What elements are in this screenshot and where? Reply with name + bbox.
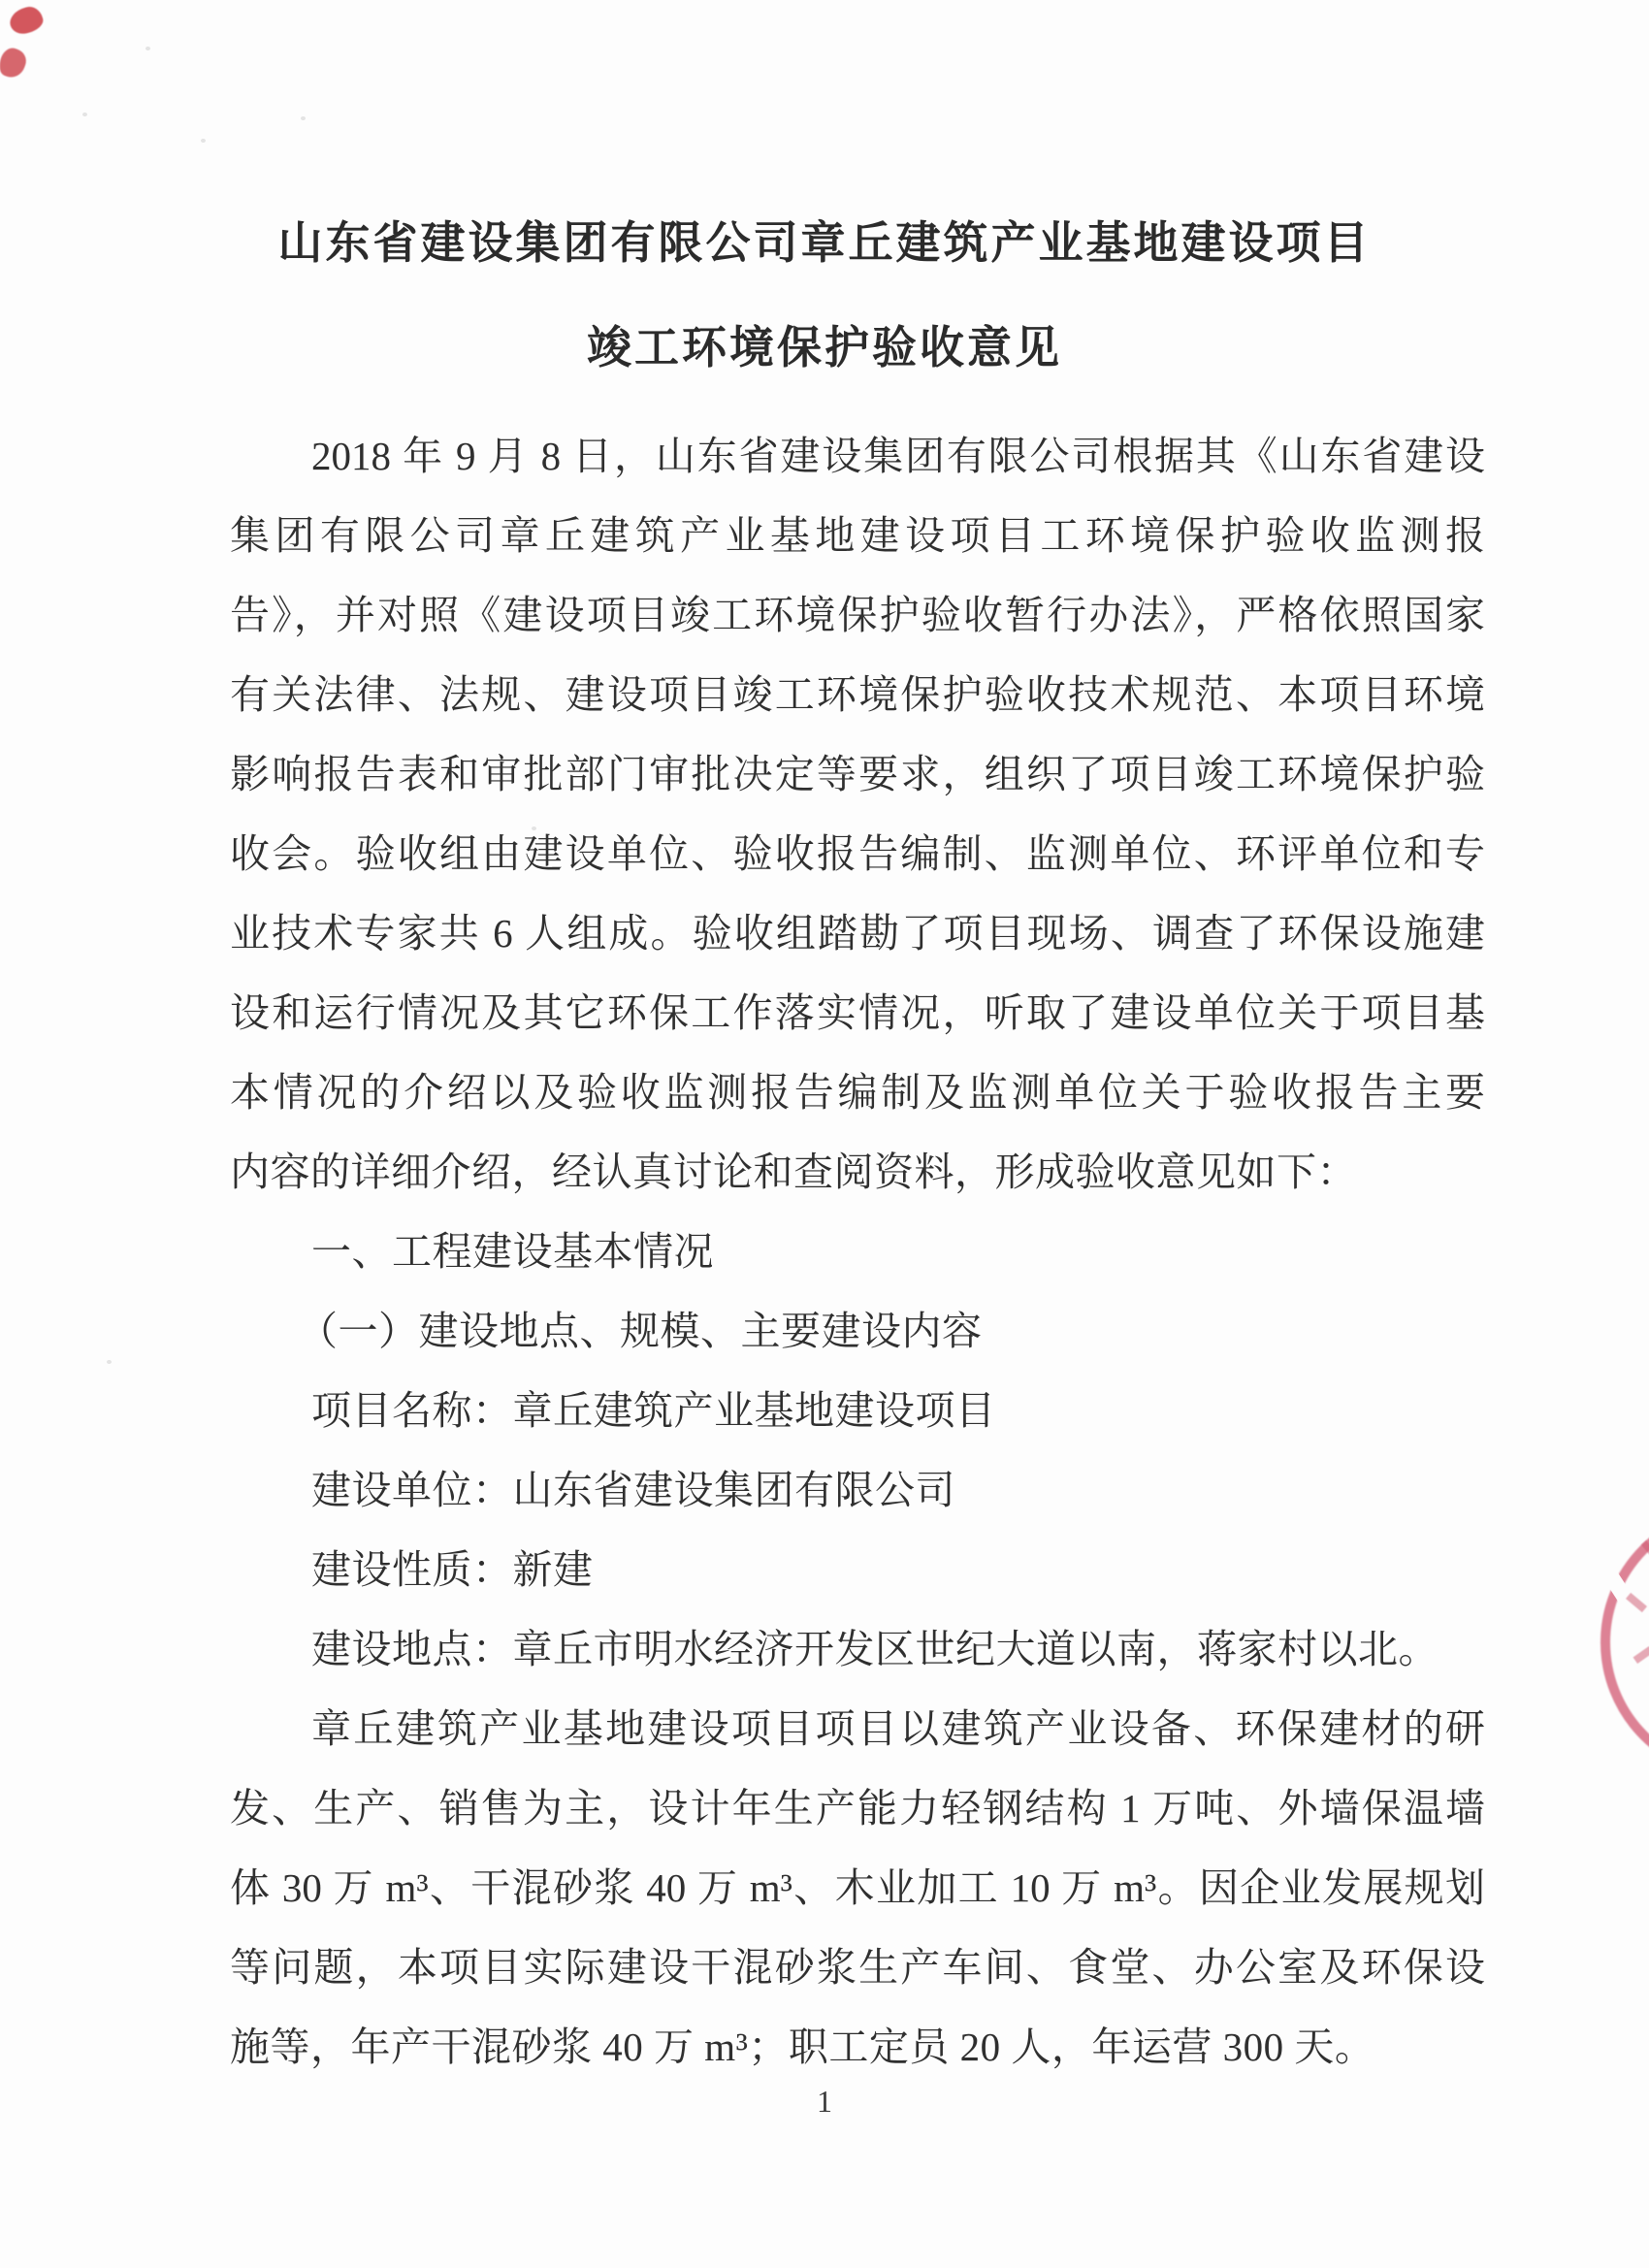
scan-speck [301,116,306,120]
document-line: 章丘建筑产业基地建设项目项目以建筑产业设备、环保建材的研 [230,1689,1485,1768]
document-line: 告》，并对照《建设项目竣工环境保护验收暂行办法》，严格依照国家 [230,575,1485,655]
scan-speck [145,47,150,50]
seal-ring [1600,1506,1649,1779]
scanned-document-page: 山东省建设集团有限公司章丘建筑产业基地建设项目 竣工环境保护验收意见 2018 … [0,0,1649,2268]
document-body: 2018 年 9 月 8 日，山东省建设集团有限公司根据其《山东省建设 集团有限… [230,416,1485,2087]
document-section-heading: 一、工程建设基本情况 [230,1212,1485,1291]
seal-glyph-mark [1626,1593,1647,1612]
document-line: 内容的详细介绍，经认真讨论和查阅资料，形成验收意见如下： [230,1132,1485,1212]
document-line: 本情况的介绍以及验收监测报告编制及监测单位关于验收报告主要 [230,1053,1485,1132]
document-line: 收会。验收组由建设单位、验收报告编制、监测单位、环评单位和专 [230,814,1485,893]
seal-ring-gap [1600,1567,1634,1607]
official-seal [1591,1494,1649,1785]
scan-speck [82,113,87,116]
document-line: 体 30 万 m³、干混砂浆 40 万 m³、木业加工 10 万 m³。因企业发… [230,1848,1485,1928]
document-title-line1: 山东省建设集团有限公司章丘建筑产业基地建设项目 [0,213,1649,272]
document-line: 建设单位：山东省建设集团有限公司 [230,1450,1485,1530]
page-number: 1 [0,2082,1649,2121]
document-line: 2018 年 9 月 8 日，山东省建设集团有限公司根据其《山东省建设 [230,416,1485,496]
document-line: 业技术专家共 6 人组成。验收组踏勘了项目现场、调查了环保设施建 [230,893,1485,973]
document-title-line2: 竣工环境保护验收意见 [0,318,1649,376]
seal-glyph-mark [1641,1540,1649,1555]
document-subsection-heading: （一）建设地点、规模、主要建设内容 [230,1291,1485,1371]
seal-glyph-mark [1633,1646,1649,1664]
document-line: 等问题，本项目实际建设干混砂浆生产车间、食堂、办公室及环保设 [230,1928,1485,2007]
document-line: 建设地点：章丘市明水经济开发区世纪大道以南，蒋家村以北。 [230,1609,1485,1689]
document-line: 项目名称：章丘建筑产业基地建设项目 [230,1371,1485,1450]
red-ink-mark [7,4,46,37]
red-ink-mark [0,45,29,81]
document-line: 施等，年产干混砂浆 40 万 m³；职工定员 20 人，年运营 300 天。 [230,2007,1485,2087]
document-line: 有关法律、法规、建设项目竣工环境保护验收技术规范、本项目环境 [230,655,1485,734]
document-line: 建设性质：新建 [230,1530,1485,1609]
document-line: 集团有限公司章丘建筑产业基地建设项目工环境保护验收监测报 [230,496,1485,575]
scan-speck [107,1360,112,1364]
scan-speck [201,139,206,143]
document-line: 设和运行情况及其它环保工作落实情况，听取了建设单位关于项目基 [230,973,1485,1053]
document-line: 影响报告表和审批部门审批决定等要求，组织了项目竣工环境保护验 [230,734,1485,814]
document-line: 发、生产、销售为主，设计年生产能力轻钢结构 1 万吨、外墙保温墙 [230,1768,1485,1848]
